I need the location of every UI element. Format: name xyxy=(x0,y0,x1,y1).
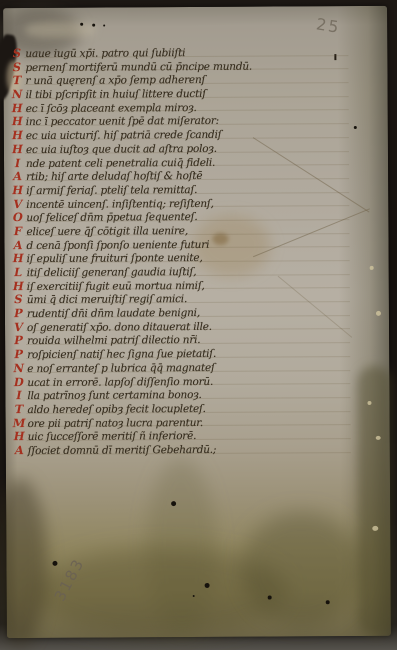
speckle xyxy=(372,526,378,531)
ink-spot xyxy=(205,583,210,588)
stain-bottom-left xyxy=(0,478,48,648)
line-initial-red: A xyxy=(13,444,26,458)
speckle xyxy=(367,401,371,405)
stain-bottom-right xyxy=(241,511,362,627)
stain-top-light xyxy=(25,22,95,38)
ink-spot xyxy=(171,501,176,506)
ink-spot xyxy=(326,600,330,604)
stain-bottom-middle xyxy=(146,457,217,637)
photo-background: 25 Suaue iugū xp̄i. patro qui ſubiiſti S… xyxy=(0,0,397,650)
ink-spot xyxy=(92,24,95,27)
ink-spot xyxy=(52,561,57,566)
ink-spot xyxy=(80,23,83,26)
ink-spot xyxy=(268,596,272,600)
speckle xyxy=(370,266,374,270)
ink-spot xyxy=(193,595,195,597)
ink-spot xyxy=(103,25,105,27)
manuscript-page: 25 Suaue iugū xp̄i. patro qui ſubiiſti S… xyxy=(3,6,391,638)
speckle xyxy=(376,311,381,316)
manuscript-line: Aſſociet domnū dī meritiſ Gebehardū.; xyxy=(13,440,363,456)
stain-right-band xyxy=(357,366,393,636)
speckle xyxy=(376,436,381,440)
folio-number: 25 xyxy=(315,14,342,36)
text-block: Suaue iugū xp̄i. patro qui ſubiiſti Sper… xyxy=(10,43,363,456)
line-text: ſſociet domnū dī meritiſ Gebehardū.; xyxy=(28,444,217,457)
